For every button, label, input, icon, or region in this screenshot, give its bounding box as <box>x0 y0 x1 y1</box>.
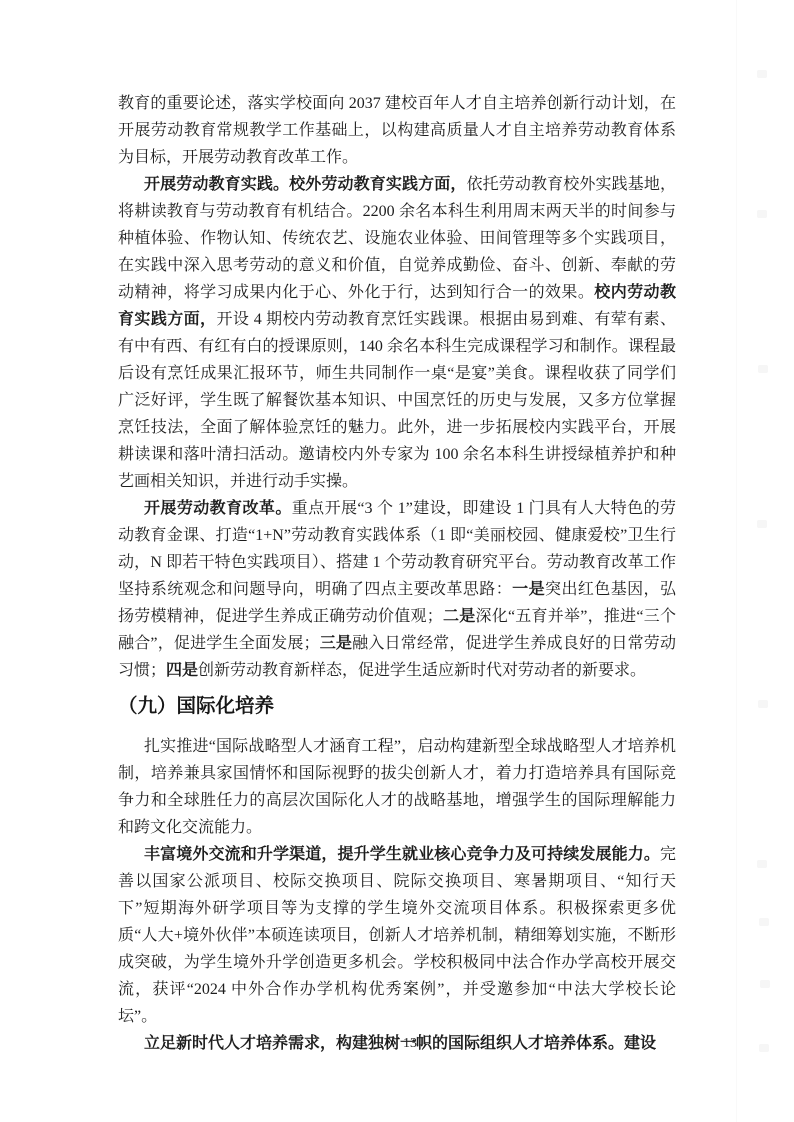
scan-artifact <box>757 520 767 528</box>
scan-artifact <box>757 70 767 78</box>
section-heading: （九）国际化培养 <box>118 691 676 723</box>
text-run: 四是 <box>166 662 198 679</box>
text-run: 扎实推进“国际战略型人才涵育工程”，启动构建新型全球战略型人才培养机制，培养兼具… <box>118 738 676 836</box>
text-run: 创新劳动教育新样态，促进学生适应新时代对劳动者的新要求。 <box>198 662 646 679</box>
paragraph: 开展劳动教育改革。重点开展“3 个 1”建设，即建设 1 门具有人大特色的劳动教… <box>118 495 676 684</box>
document-body: 教育的重要论述，落实学校面向 2037 建校百年人才自主培养创新行动计划，在开展… <box>118 90 676 1057</box>
paragraph: 丰富境外交流和升学渠道，提升学生就业核心竞争力及可持续发展能力。完善以国家公派项… <box>118 841 676 1030</box>
text-run: 二是 <box>443 608 476 625</box>
text-run: 开设 4 期校内劳动教育烹饪实践课。根据由易到难、有荤有素、有中有西、有红有白的… <box>118 311 676 490</box>
text-run: 三是 <box>320 635 353 652</box>
scan-artifact-line <box>736 0 737 1122</box>
scan-artifact <box>758 365 768 373</box>
scan-artifact <box>759 918 769 926</box>
text-run: 完善以国家公派项目、校际交换项目、院际交换项目、寒暑期项目、“知行天下”短期海外… <box>118 846 676 1025</box>
paragraph: 教育的重要论述，落实学校面向 2037 建校百年人才自主培养创新行动计划，在开展… <box>118 90 676 171</box>
scan-artifact <box>759 1044 769 1052</box>
text-run: 开展劳动教育实践。校外劳动教育实践方面， <box>144 176 466 193</box>
text-run: 依托劳动教育校外实践基地，将耕读教育与劳动教育有机结合。2200 余名本科生利用… <box>118 176 676 301</box>
scan-artifact <box>757 210 767 218</box>
scan-artifact <box>758 700 768 708</box>
scan-artifact <box>757 860 767 868</box>
text-run: 丰富境外交流和升学渠道，提升学生就业核心竞争力及可持续发展能力。 <box>144 846 660 863</box>
page-number: 13 <box>118 1036 702 1052</box>
text-run: 开展劳动教育改革。 <box>144 500 292 517</box>
text-run: 教育的重要论述，落实学校面向 2037 建校百年人才自主培养创新行动计划，在开展… <box>118 95 676 166</box>
paragraph: 扎实推进“国际战略型人才涵育工程”，启动构建新型全球战略型人才培养机制，培养兼具… <box>118 733 676 841</box>
paragraph: 开展劳动教育实践。校外劳动教育实践方面，依托劳动教育校外实践基地，将耕读教育与劳… <box>118 171 676 495</box>
scan-artifact <box>760 980 770 988</box>
document-page: 教育的重要论述，落实学校面向 2037 建校百年人才自主培养创新行动计划，在开展… <box>0 0 794 1122</box>
text-run: 一是 <box>512 581 545 598</box>
